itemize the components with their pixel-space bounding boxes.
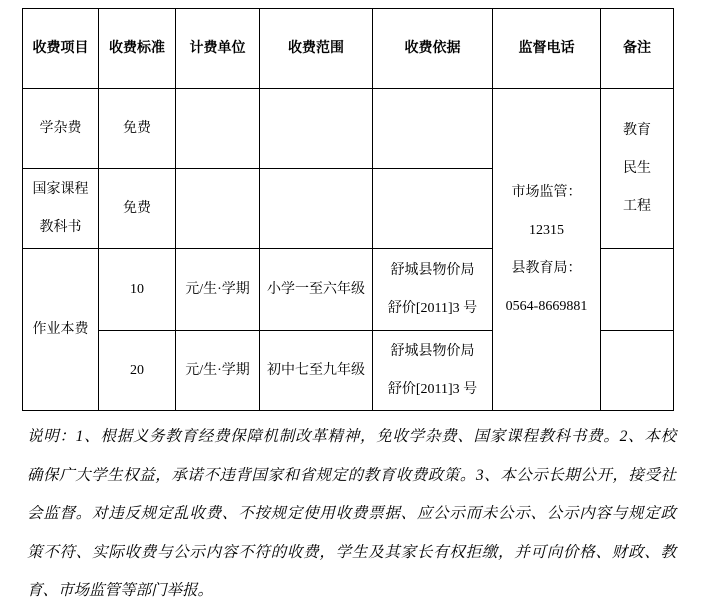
textbook-line-2: 教科书 — [23, 209, 98, 247]
cell-basis-empty-row1 — [373, 89, 493, 169]
cell-unit-empty-row1 — [176, 89, 260, 169]
cell-item-tuition: 学杂费 — [23, 89, 99, 169]
col-header-remark: 备注 — [601, 9, 674, 89]
cell-item-workbook: 作业本费 — [23, 249, 99, 411]
cell-standard-workbook-20: 20 — [99, 331, 176, 411]
cell-remark-empty-row4 — [601, 331, 674, 411]
phone-line-market: 市场监管： — [493, 174, 600, 212]
cell-basis-empty-row2 — [373, 169, 493, 249]
cell-scope-junior: 初中七至九年级 — [260, 331, 373, 411]
cell-standard-textbook: 免费 — [99, 169, 176, 249]
cell-standard-tuition: 免费 — [99, 89, 176, 169]
header-row: 收费项目 收费标准 计费单位 收费范围 收费依据 监督电话 备注 — [23, 9, 674, 89]
cell-basis-row4: 舒城县物价局 舒价[2011]3 号 — [373, 331, 493, 411]
col-header-fee-scope: 收费范围 — [260, 9, 373, 89]
col-header-fee-basis: 收费依据 — [373, 9, 493, 89]
phone-line-number: 0564-8669881 — [493, 288, 600, 326]
table-row-tuition: 学杂费 免费 市场监管： 12315 县教育局： 0564-8669881 教育… — [23, 89, 674, 169]
phone-line-12315: 12315 — [493, 212, 600, 250]
cell-unit-row3: 元/生·学期 — [176, 249, 260, 331]
col-header-billing-unit: 计费单位 — [176, 9, 260, 89]
col-header-fee-item: 收费项目 — [23, 9, 99, 89]
note-line-5: 育、市场监管等部门举报。 — [27, 572, 676, 603]
note-line-2: 确保广大学生权益，承诺不违背国家和省规定的教育收费政策。3、本公示长期公开，接受… — [27, 457, 676, 496]
remark-line-3: 工程 — [601, 188, 673, 226]
basis-row3-line-2: 舒价[2011]3 号 — [373, 290, 492, 328]
cell-unit-row4: 元/生·学期 — [176, 331, 260, 411]
cell-supervision-phone: 市场监管： 12315 县教育局： 0564-8669881 — [493, 89, 601, 411]
cell-standard-workbook-10: 10 — [99, 249, 176, 331]
cell-scope-empty-row1 — [260, 89, 373, 169]
cell-item-textbook: 国家课程 教科书 — [23, 169, 99, 249]
cell-remark-empty-row3 — [601, 249, 674, 331]
remark-line-2: 民生 — [601, 150, 673, 188]
cell-unit-empty-row2 — [176, 169, 260, 249]
cell-basis-row3: 舒城县物价局 舒价[2011]3 号 — [373, 249, 493, 331]
note-line-4: 策不符、实际收费与公示内容不符的收费，学生及其家长有权拒缴，并可向价格、财政、教 — [27, 534, 676, 573]
cell-remark-project: 教育 民生 工程 — [601, 89, 674, 249]
basis-row4-line-1: 舒城县物价局 — [373, 333, 492, 371]
phone-line-education-bureau: 县教育局： — [493, 250, 600, 288]
basis-row3-line-1: 舒城县物价局 — [373, 252, 492, 290]
cell-scope-primary: 小学一至六年级 — [260, 249, 373, 331]
note-line-3: 会监督。对违反规定乱收费、不按规定使用收费票据、应公示而未公示、公示内容与规定政 — [27, 495, 676, 534]
fee-disclosure-table: 收费项目 收费标准 计费单位 收费范围 收费依据 监督电话 备注 学杂费 免费 … — [22, 8, 674, 411]
remark-line-1: 教育 — [601, 112, 673, 150]
cell-scope-empty-row2 — [260, 169, 373, 249]
col-header-fee-standard: 收费标准 — [99, 9, 176, 89]
col-header-supervision-phone: 监督电话 — [493, 9, 601, 89]
textbook-line-1: 国家课程 — [23, 171, 98, 209]
page: 收费项目 收费标准 计费单位 收费范围 收费依据 监督电话 备注 学杂费 免费 … — [0, 0, 702, 603]
basis-row4-line-2: 舒价[2011]3 号 — [373, 371, 492, 409]
note-paragraph: 说明：1、根据义务教育经费保障机制改革精神，免收学杂费、国家课程教科书费。2、本… — [27, 418, 676, 603]
note-line-1: 说明：1、根据义务教育经费保障机制改革精神，免收学杂费、国家课程教科书费。2、本… — [27, 418, 676, 457]
